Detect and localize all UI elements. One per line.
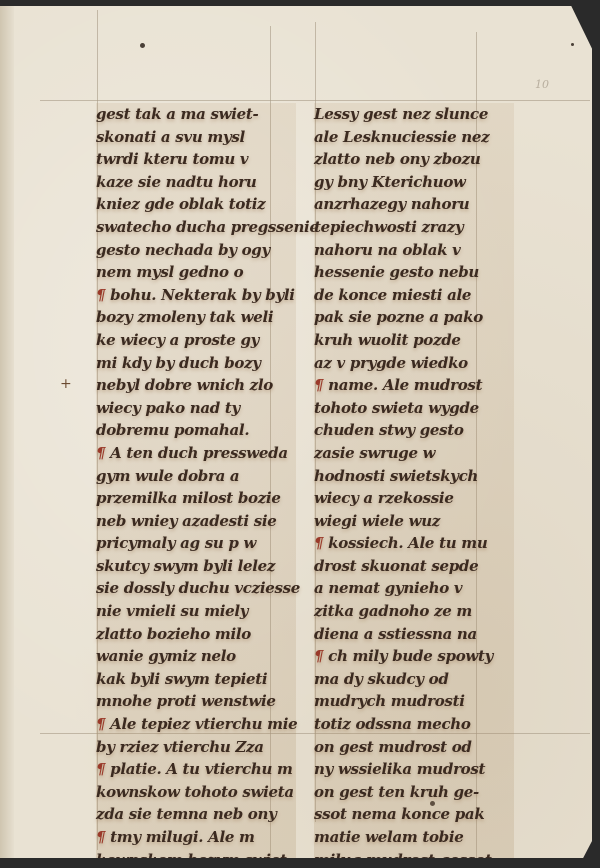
manuscript-line: hessenie gesto nebu bbox=[314, 261, 514, 284]
manuscript-line: wiecy a rzekossie bbox=[314, 487, 514, 510]
manuscript-line: zlatto neb ony zbozu bbox=[314, 148, 514, 171]
manuscript-line: kruh wuolit pozde bbox=[314, 329, 514, 352]
manuscript-page: 10 + gest tak a ma swiet-skonati a svu m… bbox=[0, 6, 592, 858]
manuscript-line: wanie gymiz nelo bbox=[96, 645, 296, 668]
rubricated-initial: ¶ bbox=[314, 376, 323, 394]
manuscript-line: bozy zmoleny tak weli bbox=[96, 306, 296, 329]
manuscript-line: totiz odssna mecho bbox=[314, 713, 514, 736]
manuscript-line: gym wule dobra a bbox=[96, 465, 296, 488]
folio-number: 10 bbox=[535, 78, 549, 91]
manuscript-line: de konce miesti ale bbox=[314, 284, 514, 307]
manuscript-line: kniez gde oblak totiz bbox=[96, 193, 296, 216]
ink-dot bbox=[571, 43, 574, 46]
manuscript-line: Lessy gest nez slunce bbox=[314, 103, 514, 126]
manuscript-line: neb wniey azadesti sie bbox=[96, 510, 296, 533]
manuscript-line: wiecy pako nad ty bbox=[96, 397, 296, 420]
manuscript-line: pak sie pozne a pako bbox=[314, 306, 514, 329]
manuscript-line: nie vmieli su miely bbox=[96, 600, 296, 623]
manuscript-line: mnohe proti wenstwie bbox=[96, 690, 296, 713]
manuscript-line: ny wssielika mudrost bbox=[314, 758, 514, 781]
manuscript-line: pricymaly ag su p w bbox=[96, 532, 296, 555]
manuscript-line: ma dy skudcy od bbox=[314, 668, 514, 691]
manuscript-line: tepiechwosti zrazy bbox=[314, 216, 514, 239]
binding-gutter bbox=[0, 6, 14, 858]
rubricated-initial: ¶ bbox=[314, 534, 323, 552]
manuscript-line: on gest mudrost od bbox=[314, 736, 514, 759]
manuscript-line: zda sie temna neb ony bbox=[96, 803, 296, 826]
manuscript-line: anzrhazegy nahoru bbox=[314, 193, 514, 216]
rubricated-initial: ¶ bbox=[314, 647, 323, 665]
manuscript-line: skutcy swym byli lelez bbox=[96, 555, 296, 578]
margin-cross-mark: + bbox=[60, 376, 72, 392]
manuscript-line: a nemat gynieho v bbox=[314, 577, 514, 600]
manuscript-line: on gest ten kruh ge- bbox=[314, 781, 514, 804]
manuscript-line: ¶ ch mily bude spowty bbox=[314, 645, 514, 668]
manuscript-line: kaze sie nadtu horu bbox=[96, 171, 296, 194]
ruling-line-top bbox=[40, 100, 590, 101]
manuscript-line: ¶ bohu. Nekterak by byli bbox=[96, 284, 296, 307]
manuscript-line: nahoru na oblak v bbox=[314, 239, 514, 262]
manuscript-line: kownskow tohoto swieta bbox=[96, 781, 296, 804]
manuscript-line: wiegi wiele wuz bbox=[314, 510, 514, 533]
manuscript-line: nem mysl gedno o bbox=[96, 261, 296, 284]
manuscript-line: twrdi kteru tomu v bbox=[96, 148, 296, 171]
manuscript-line: ke wiecy a proste gy bbox=[96, 329, 296, 352]
manuscript-line: gy bny Kterichuow bbox=[314, 171, 514, 194]
manuscript-line: ¶ platie. A tu vtierchu m bbox=[96, 758, 296, 781]
manuscript-line: sie dossly duchu vcziesse bbox=[96, 577, 296, 600]
rubricated-initial: ¶ bbox=[96, 828, 105, 846]
manuscript-line: by rziez vtierchu Zza bbox=[96, 736, 296, 759]
manuscript-line: az v prygde wiedko bbox=[314, 352, 514, 375]
rubricated-initial: ¶ bbox=[96, 760, 105, 778]
manuscript-line: gest tak a ma swiet- bbox=[96, 103, 296, 126]
text-column-left: gest tak a ma swiet-skonati a svu mysltw… bbox=[96, 103, 296, 868]
text-column-right: Lessy gest nez slunceale Lesknuciessie n… bbox=[314, 103, 514, 868]
manuscript-line: diena a sstiessna na bbox=[314, 623, 514, 646]
rubricated-initial: ¶ bbox=[96, 286, 105, 304]
manuscript-line: ¶ tmy milugi. Ale m bbox=[96, 826, 296, 849]
manuscript-line: drost skuonat sepde bbox=[314, 555, 514, 578]
manuscript-line: ¶ kossiech. Ale tu mu bbox=[314, 532, 514, 555]
manuscript-line: przemilka milost bozie bbox=[96, 487, 296, 510]
ink-dot bbox=[140, 43, 145, 48]
manuscript-line: tohoto swieta wygde bbox=[314, 397, 514, 420]
manuscript-line: dobremu pomahal. bbox=[96, 419, 296, 442]
manuscript-line: gesto nechada by ogy bbox=[96, 239, 296, 262]
rubricated-initial: ¶ bbox=[96, 715, 105, 733]
manuscript-line: ¶ Ale tepiez vtierchu mie bbox=[96, 713, 296, 736]
manuscript-line: swatecho ducha pregssenie bbox=[96, 216, 296, 239]
manuscript-line: chuden stwy gesto bbox=[314, 419, 514, 442]
manuscript-line: milug mudrost gessot bbox=[314, 849, 514, 868]
manuscript-line: kak byli swym tepieti bbox=[96, 668, 296, 691]
manuscript-line: zlatto bozieho milo bbox=[96, 623, 296, 646]
manuscript-line: zitka gadnoho ze m bbox=[314, 600, 514, 623]
manuscript-line: ssot nema konce pak bbox=[314, 803, 514, 826]
manuscript-line: ¶ A ten duch pressweda bbox=[96, 442, 296, 465]
manuscript-line: kownskom bozym swiet- bbox=[96, 849, 296, 868]
manuscript-line: matie welam tobie bbox=[314, 826, 514, 849]
manuscript-line: mi kdy by duch bozy bbox=[96, 352, 296, 375]
manuscript-line: hodnosti swietskych bbox=[314, 465, 514, 488]
manuscript-line: ale Lesknuciessie nez bbox=[314, 126, 514, 149]
manuscript-line: ¶ name. Ale mudrost bbox=[314, 374, 514, 397]
rubricated-initial: ¶ bbox=[96, 444, 105, 462]
manuscript-line: mudrych mudrosti bbox=[314, 690, 514, 713]
manuscript-line: nebyl dobre wnich zlo bbox=[96, 374, 296, 397]
manuscript-line: zasie swruge w bbox=[314, 442, 514, 465]
manuscript-line: skonati a svu mysl bbox=[96, 126, 296, 149]
